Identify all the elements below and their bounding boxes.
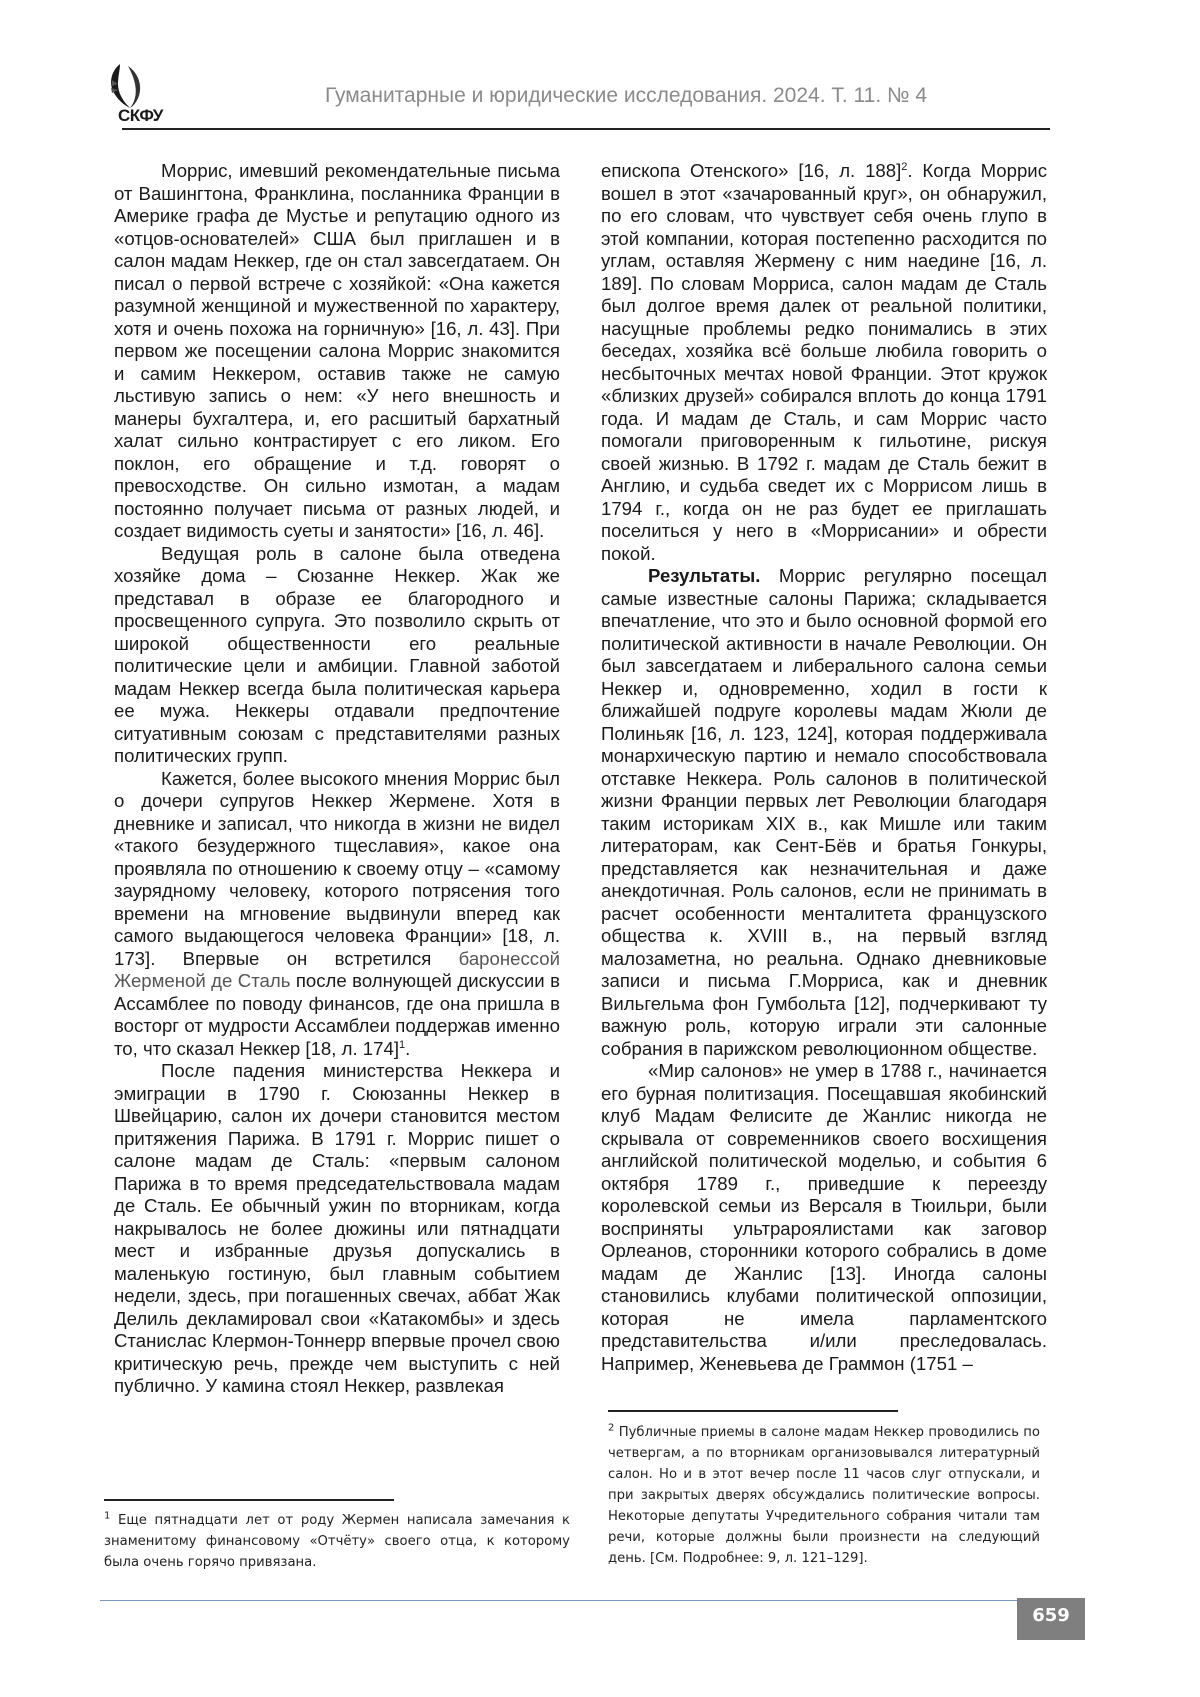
footnote-1: 1 Еще пятнадцати лет от роду Жермен напи… xyxy=(104,1510,570,1573)
right-column: епископа Отенского» [16, л. 188]2. Когда… xyxy=(601,160,1047,1375)
paragraph: Кажется, более высокого мнения Моррис бы… xyxy=(114,768,560,1061)
logo-text: СКФУ xyxy=(118,106,163,126)
university-logo: СКФУ xyxy=(100,62,190,128)
paragraph: епископа Отенского» [16, л. 188]2. Когда… xyxy=(601,160,1047,565)
paragraph: Ведущая роль в салоне была отведена хозя… xyxy=(114,543,560,768)
results-heading: Результаты. xyxy=(648,565,760,586)
page-header: СКФУ Гуманитарные и юридические исследов… xyxy=(100,62,1050,130)
footnote-divider xyxy=(608,1410,898,1412)
paragraph: Результаты. Моррис регулярно посещал сам… xyxy=(601,565,1047,1060)
paragraph: После падения министерства Неккера и эми… xyxy=(114,1060,560,1398)
footer-divider xyxy=(100,1600,1018,1601)
header-divider xyxy=(122,128,1050,130)
paragraph: Моррис, имевший рекомендательные письма … xyxy=(114,160,560,543)
footnote-2: 2 Публичные приемы в салоне мадам Неккер… xyxy=(608,1422,1040,1569)
footnote-divider xyxy=(104,1499,394,1501)
bird-wing-logo-icon xyxy=(106,62,156,110)
page-number: 659 xyxy=(1017,1598,1085,1640)
left-column: Моррис, имевший рекомендательные письма … xyxy=(114,160,560,1398)
paragraph: «Мир салонов» не умер в 1788 г., начинае… xyxy=(601,1060,1047,1375)
journal-title: Гуманитарные и юридические исследования.… xyxy=(325,84,927,108)
